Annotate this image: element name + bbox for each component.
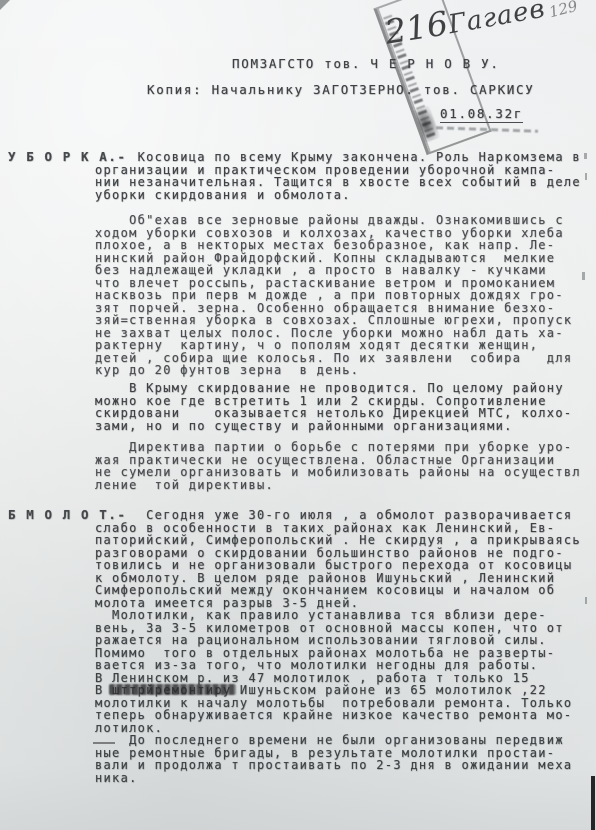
page-number-pencil: 129 <box>547 0 579 21</box>
strike-dash <box>93 742 115 744</box>
stamp-ink-blot <box>414 105 441 142</box>
scan-edge <box>591 776 595 830</box>
addressee-line: ПОМЗАГСТО тов. Ч Е Р Н О В У. <box>232 58 500 71</box>
overtype-smudge <box>109 684 236 695</box>
margin-mark <box>584 153 587 159</box>
copy-line: Копия: Начальнику ЗАГОТЗЕРНО. тов. САРКИ… <box>147 84 534 97</box>
body-paragraph: В Крыму скирдование не проводится. По це… <box>95 382 572 432</box>
corner-fold <box>0 0 10 10</box>
body-paragraph: Директива партии о борьбе с потерями при… <box>95 441 581 491</box>
body-paragraph: Косовица по всему Крыму закончена. Роль … <box>95 151 581 201</box>
document-page: 216 Гагаев 129 ПОМЗАГСТО тов. Ч Е Р Н О … <box>0 0 596 830</box>
body-paragraph: Сегодня уже 30-го июля , а обмолот разво… <box>95 509 581 784</box>
margin-mark <box>582 272 585 280</box>
margin-mark <box>585 173 587 180</box>
margin-mark <box>585 597 587 604</box>
signature-handwritten: Гагаев <box>446 0 548 40</box>
date-stamp: 01.08.32г <box>440 108 523 123</box>
body-paragraph: Об"ехав все зерновые районы дважды. Озна… <box>95 214 572 377</box>
